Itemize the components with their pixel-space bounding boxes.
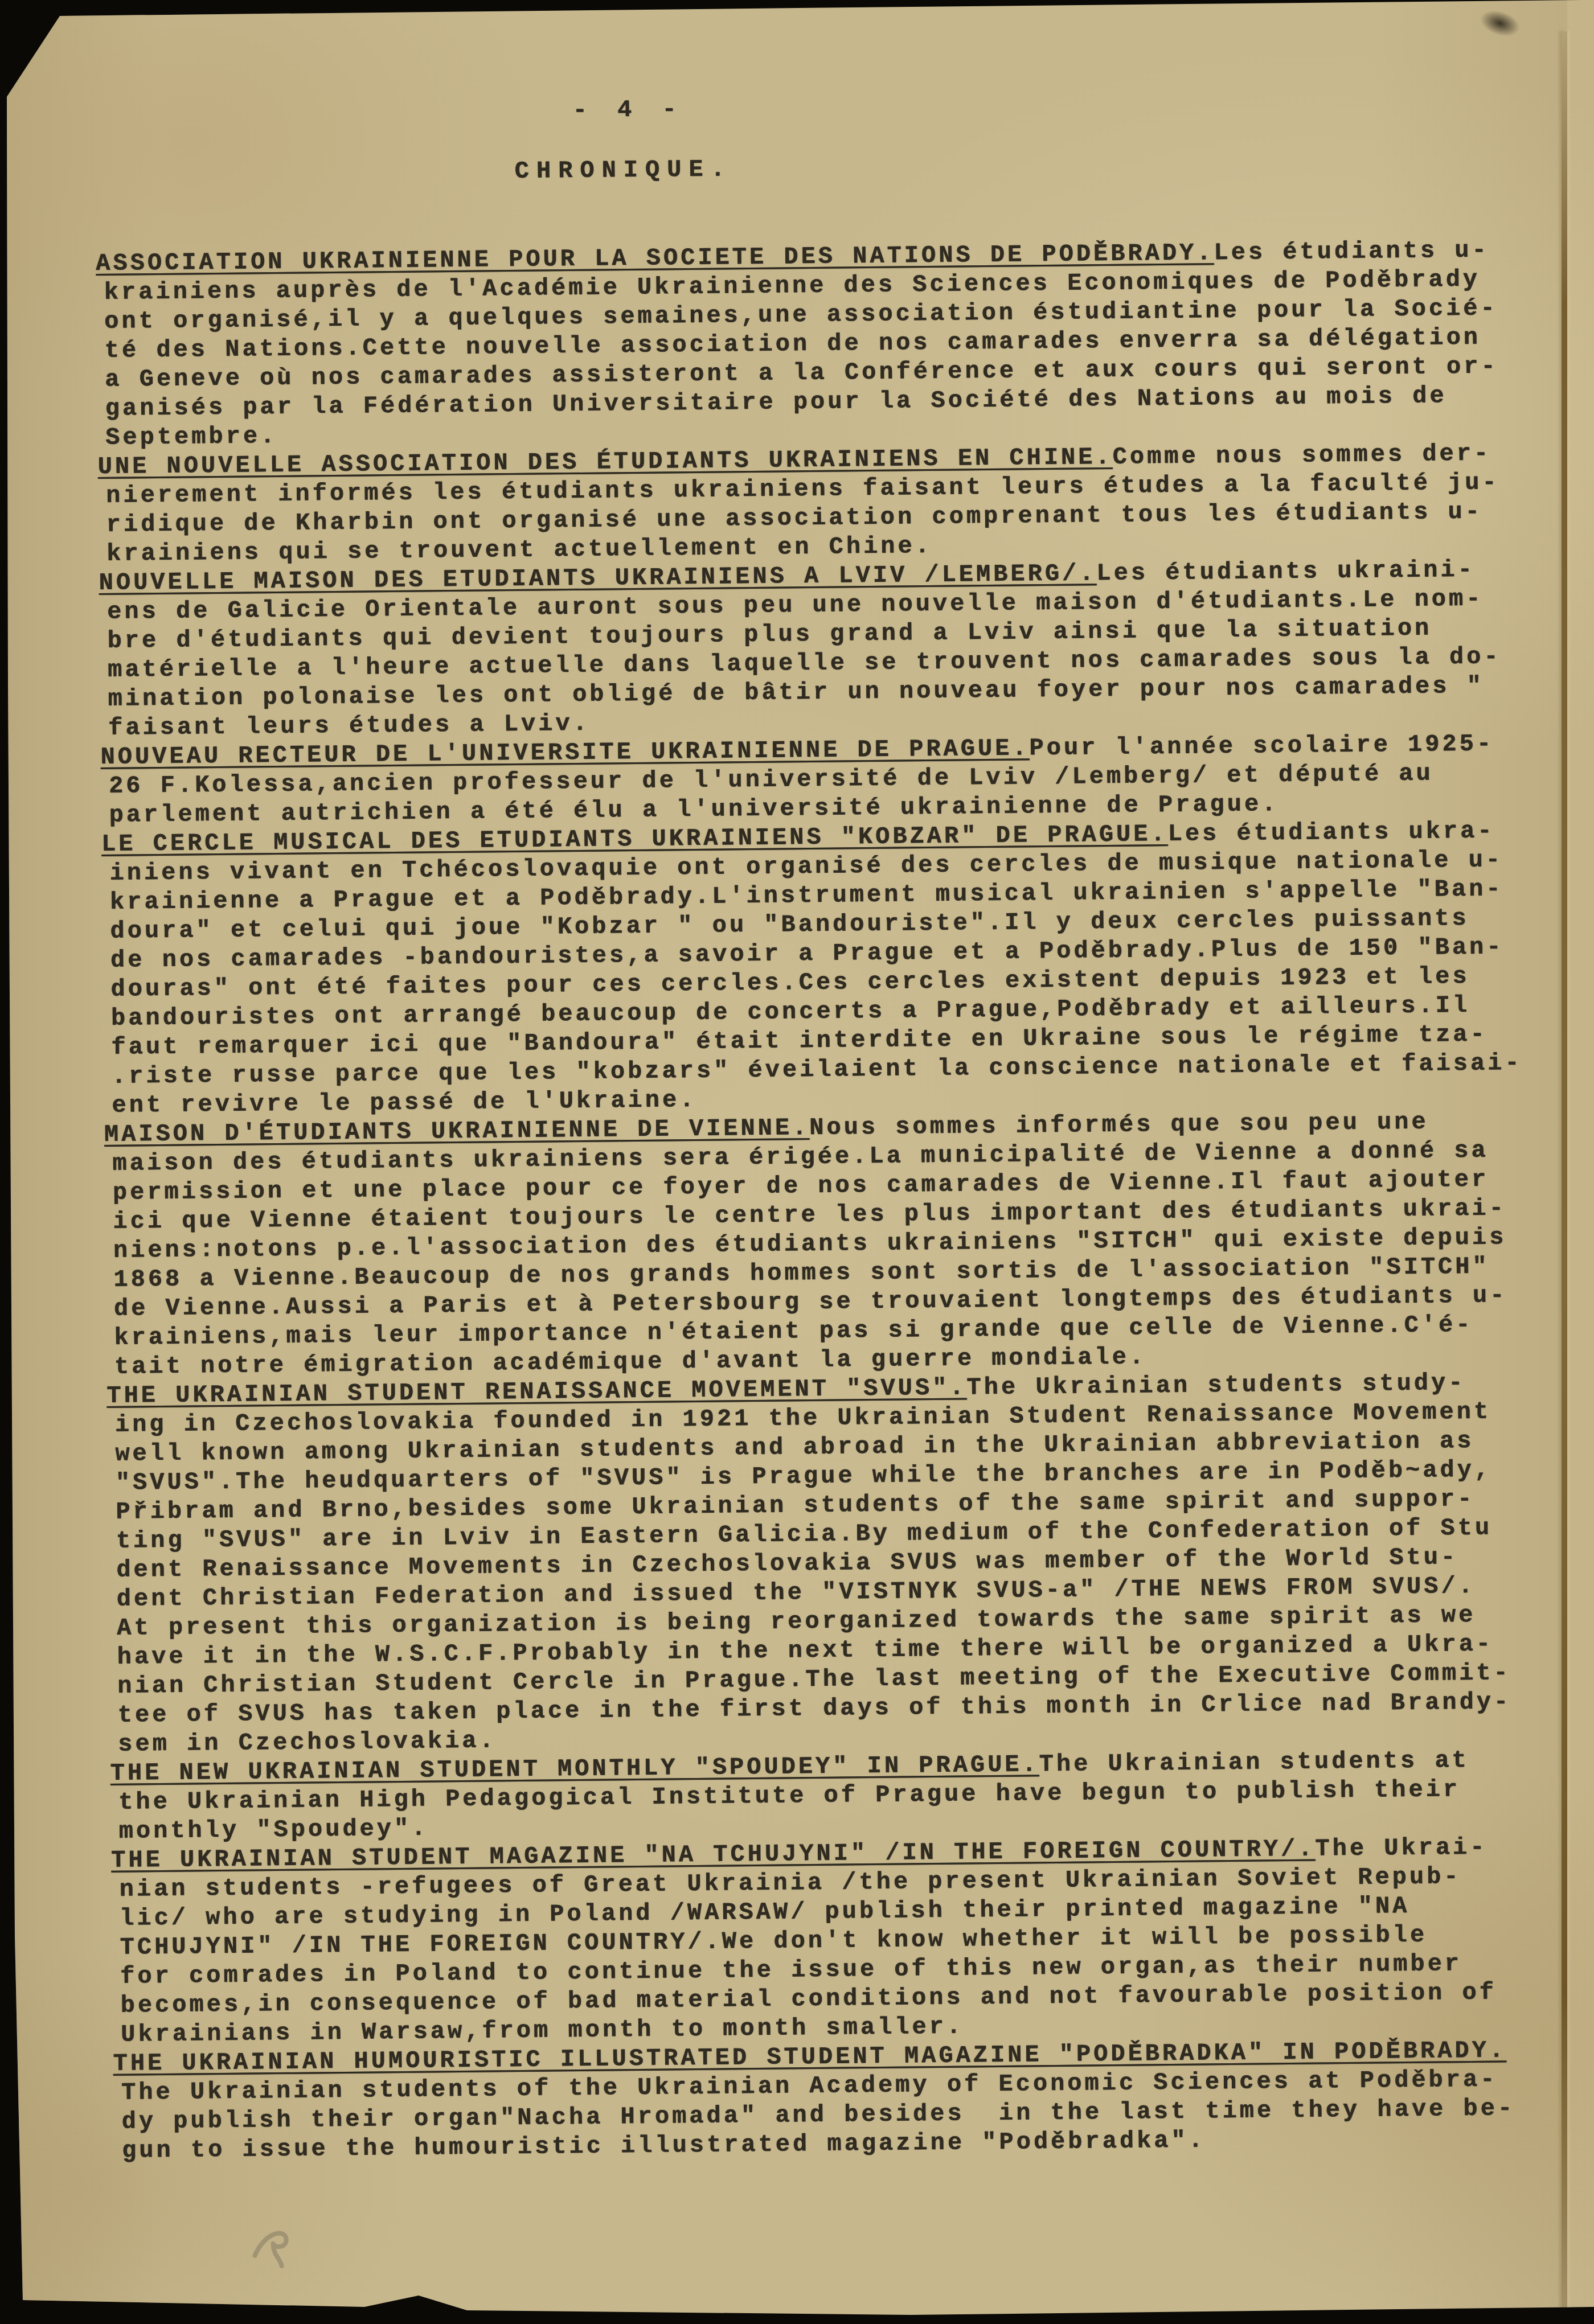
body-text: monthly "Spoudey".	[118, 1815, 428, 1845]
page-number: - 4 -	[572, 96, 684, 124]
page-title: CHRONIQUE.	[514, 155, 732, 185]
body-text: The Ukrainian students at	[1039, 1747, 1469, 1778]
body-text: Nous sommes informés que sou peu une	[809, 1108, 1429, 1142]
body-text: faisant leurs études a Lviv.	[108, 710, 590, 742]
body-text: Les étudiants ukra-	[1167, 817, 1494, 848]
text-body: ASSOCIATION UKRAINIENNE POUR LA SOCIETE …	[96, 236, 1532, 2166]
paper-sheet: - 4 - CHRONIQUE. ASSOCIATION UKRAINIENNE…	[0, 0, 1594, 2324]
body-text: ent revivre le passé de l'Ukraine.	[112, 1086, 696, 1119]
scanned-document: - 4 - CHRONIQUE. ASSOCIATION UKRAINIENNE…	[0, 0, 1594, 2324]
body-text: The Ukrai-	[1315, 1834, 1487, 1863]
fold-crease-line	[1562, 31, 1567, 2309]
pencil-scribble	[243, 2214, 307, 2282]
body-text: sem in Czechoslovakia.	[118, 1727, 497, 1758]
body-text: Pour l'année scolaire 1925-	[1029, 730, 1494, 762]
page-edge-strip	[1567, 0, 1594, 2324]
body-text: Les étudiants ukraini-	[1096, 556, 1475, 587]
body-text: Comme nous sommes der-	[1112, 440, 1491, 470]
body-text: The Ukrainian students study-	[966, 1369, 1465, 1401]
ink-blot	[1477, 6, 1523, 41]
body-text: Les étudiants u-	[1214, 237, 1489, 267]
body-text: Septembre.	[105, 422, 277, 451]
